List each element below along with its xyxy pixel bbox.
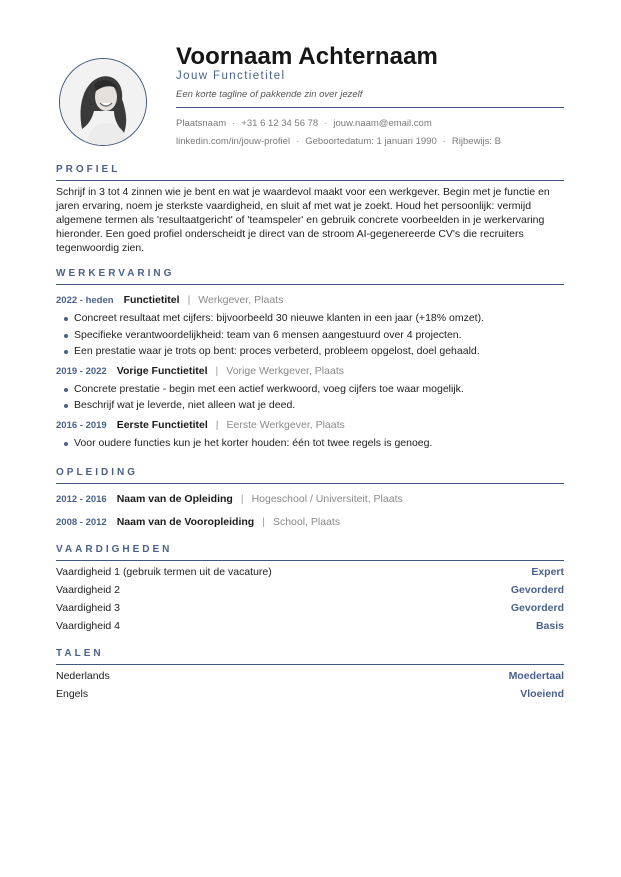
- section-title-languages: TALEN: [56, 647, 564, 665]
- education-entry: 2012 - 2016Naam van de Opleiding|Hogesch…: [56, 492, 564, 507]
- skill-name: Vaardigheid 4: [56, 617, 120, 635]
- cv-header: Voornaam Achternaam Jouw Functietitel Ee…: [56, 0, 564, 160]
- bullet-item: Specifieke verantwoordelijkheid: team va…: [64, 327, 564, 344]
- entry-role: Vorige Functietitel: [117, 365, 208, 377]
- bullet-item: Beschrijf wat je leverde, niet alleen wa…: [64, 397, 564, 414]
- entry-header: 2019 - 2022Vorige Functietitel|Vorige We…: [56, 364, 564, 379]
- entry-org: Vorige Werkgever, Plaats: [226, 365, 344, 377]
- experience-entry: 2016 - 2019Eerste Functietitel|Eerste We…: [56, 418, 564, 452]
- profile-section: PROFIEL Schrijf in 3 tot 4 zinnen wie je…: [56, 163, 564, 255]
- separator: ·: [324, 118, 327, 129]
- language-row: Engels Vloeiend: [56, 685, 564, 703]
- entry-separator: |: [216, 365, 219, 377]
- entry-bullets: Voor oudere functies kun je het korter h…: [56, 435, 564, 452]
- entry-role: Eerste Functietitel: [117, 419, 208, 431]
- location: Plaatsnaam: [176, 118, 226, 129]
- skill-level: Gevorderd: [511, 581, 564, 599]
- skills-list: Vaardigheid 1 (gebruik termen uit de vac…: [56, 563, 564, 635]
- language-row: Nederlands Moedertaal: [56, 667, 564, 685]
- language-level: Moedertaal: [509, 667, 564, 685]
- entry-date: 2019 - 2022: [56, 366, 107, 377]
- skill-level: Basis: [536, 617, 564, 635]
- contact-info: Plaatsnaam·+31 6 12 34 56 78·jouw.naam@e…: [176, 115, 564, 151]
- skills-section: VAARDIGHEDEN Vaardigheid 1 (gebruik term…: [56, 543, 564, 635]
- phone[interactable]: +31 6 12 34 56 78: [241, 118, 318, 129]
- experience-entry: 2022 - hedenFunctietitel|Werkgever, Plaa…: [56, 293, 564, 360]
- entry-bullets: Concrete prestatie - begin met een actie…: [56, 381, 564, 414]
- language-name: Engels: [56, 685, 88, 703]
- entry-date: 2022 - heden: [56, 295, 114, 306]
- language-level: Vloeiend: [520, 685, 564, 703]
- contact-line-1: Plaatsnaam·+31 6 12 34 56 78·jouw.naam@e…: [176, 115, 564, 133]
- entry-role: Naam van de Vooropleiding: [117, 516, 255, 528]
- header-info: Voornaam Achternaam Jouw Functietitel Ee…: [176, 42, 564, 151]
- separator: ·: [296, 136, 299, 147]
- entry-date: 2016 - 2019: [56, 420, 107, 431]
- skill-row: Vaardigheid 3 Gevorderd: [56, 599, 564, 617]
- email-link[interactable]: jouw.naam@email.com: [333, 118, 431, 129]
- profile-photo: [59, 58, 147, 146]
- entry-org: Eerste Werkgever, Plaats: [226, 419, 344, 431]
- section-title-education: OPLEIDING: [56, 466, 564, 484]
- birthdate: Geboortedatum: 1 januari 1990: [305, 136, 437, 147]
- person-photo-icon: [60, 59, 146, 145]
- entry-role: Naam van de Opleiding: [117, 493, 233, 505]
- bullet-item: Concrete prestatie - begin met een actie…: [64, 381, 564, 398]
- skill-name: Vaardigheid 3: [56, 599, 120, 617]
- entry-header: 2022 - hedenFunctietitel|Werkgever, Plaa…: [56, 293, 564, 308]
- entry-date: 2008 - 2012: [56, 517, 107, 528]
- entry-separator: |: [241, 493, 244, 505]
- cv-page: Voornaam Achternaam Jouw Functietitel Ee…: [56, 0, 564, 160]
- header-divider: [176, 107, 564, 108]
- entry-header: 2016 - 2019Eerste Functietitel|Eerste We…: [56, 418, 564, 433]
- experience-section: WERKERVARING 2022 - hedenFunctietitel|We…: [56, 267, 564, 451]
- entry-bullets: Concreet resultaat met cijfers: bijvoorb…: [56, 310, 564, 360]
- separator: ·: [232, 118, 235, 129]
- languages-list: Nederlands Moedertaal Engels Vloeiend: [56, 667, 564, 703]
- separator: ·: [443, 136, 446, 147]
- tagline: Een korte tagline of pakkende zin over j…: [176, 89, 564, 101]
- entry-role: Functietitel: [124, 294, 180, 306]
- entry-separator: |: [216, 419, 219, 431]
- entry-separator: |: [262, 516, 265, 528]
- section-title-skills: VAARDIGHEDEN: [56, 543, 564, 561]
- contact-line-2: linkedin.com/in/jouw-profiel·Geboortedat…: [176, 133, 564, 151]
- drivers-license: Rijbewijs: B: [452, 136, 501, 147]
- entry-org: Hogeschool / Universiteit, Plaats: [252, 493, 403, 505]
- education-entry: 2008 - 2012Naam van de Vooropleiding|Sch…: [56, 515, 564, 530]
- linkedin-link[interactable]: linkedin.com/in/jouw-profiel: [176, 136, 290, 147]
- skill-level: Expert: [531, 563, 564, 581]
- section-title-profile: PROFIEL: [56, 163, 564, 181]
- language-name: Nederlands: [56, 667, 110, 685]
- skill-name: Vaardigheid 2: [56, 581, 120, 599]
- bullet-item: Voor oudere functies kun je het korter h…: [64, 435, 564, 452]
- entry-date: 2012 - 2016: [56, 494, 107, 505]
- bullet-item: Een prestatie waar je trots op bent: pro…: [64, 343, 564, 360]
- skill-row: Vaardigheid 2 Gevorderd: [56, 581, 564, 599]
- entry-org: School, Plaats: [273, 516, 340, 528]
- skill-level: Gevorderd: [511, 599, 564, 617]
- education-section: OPLEIDING 2012 - 2016Naam van de Opleidi…: [56, 466, 564, 530]
- experience-entry: 2019 - 2022Vorige Functietitel|Vorige We…: [56, 364, 564, 414]
- skill-name: Vaardigheid 1 (gebruik termen uit de vac…: [56, 563, 272, 581]
- profile-text: Schrijf in 3 tot 4 zinnen wie je bent en…: [56, 185, 564, 255]
- entry-separator: |: [188, 294, 191, 306]
- full-name: Voornaam Achternaam: [176, 42, 564, 72]
- entry-org: Werkgever, Plaats: [198, 294, 283, 306]
- bullet-item: Concreet resultaat met cijfers: bijvoorb…: [64, 310, 564, 327]
- skill-row: Vaardigheid 4 Basis: [56, 617, 564, 635]
- section-title-experience: WERKERVARING: [56, 267, 564, 285]
- languages-section: TALEN Nederlands Moedertaal Engels Vloei…: [56, 647, 564, 703]
- skill-row: Vaardigheid 1 (gebruik termen uit de vac…: [56, 563, 564, 581]
